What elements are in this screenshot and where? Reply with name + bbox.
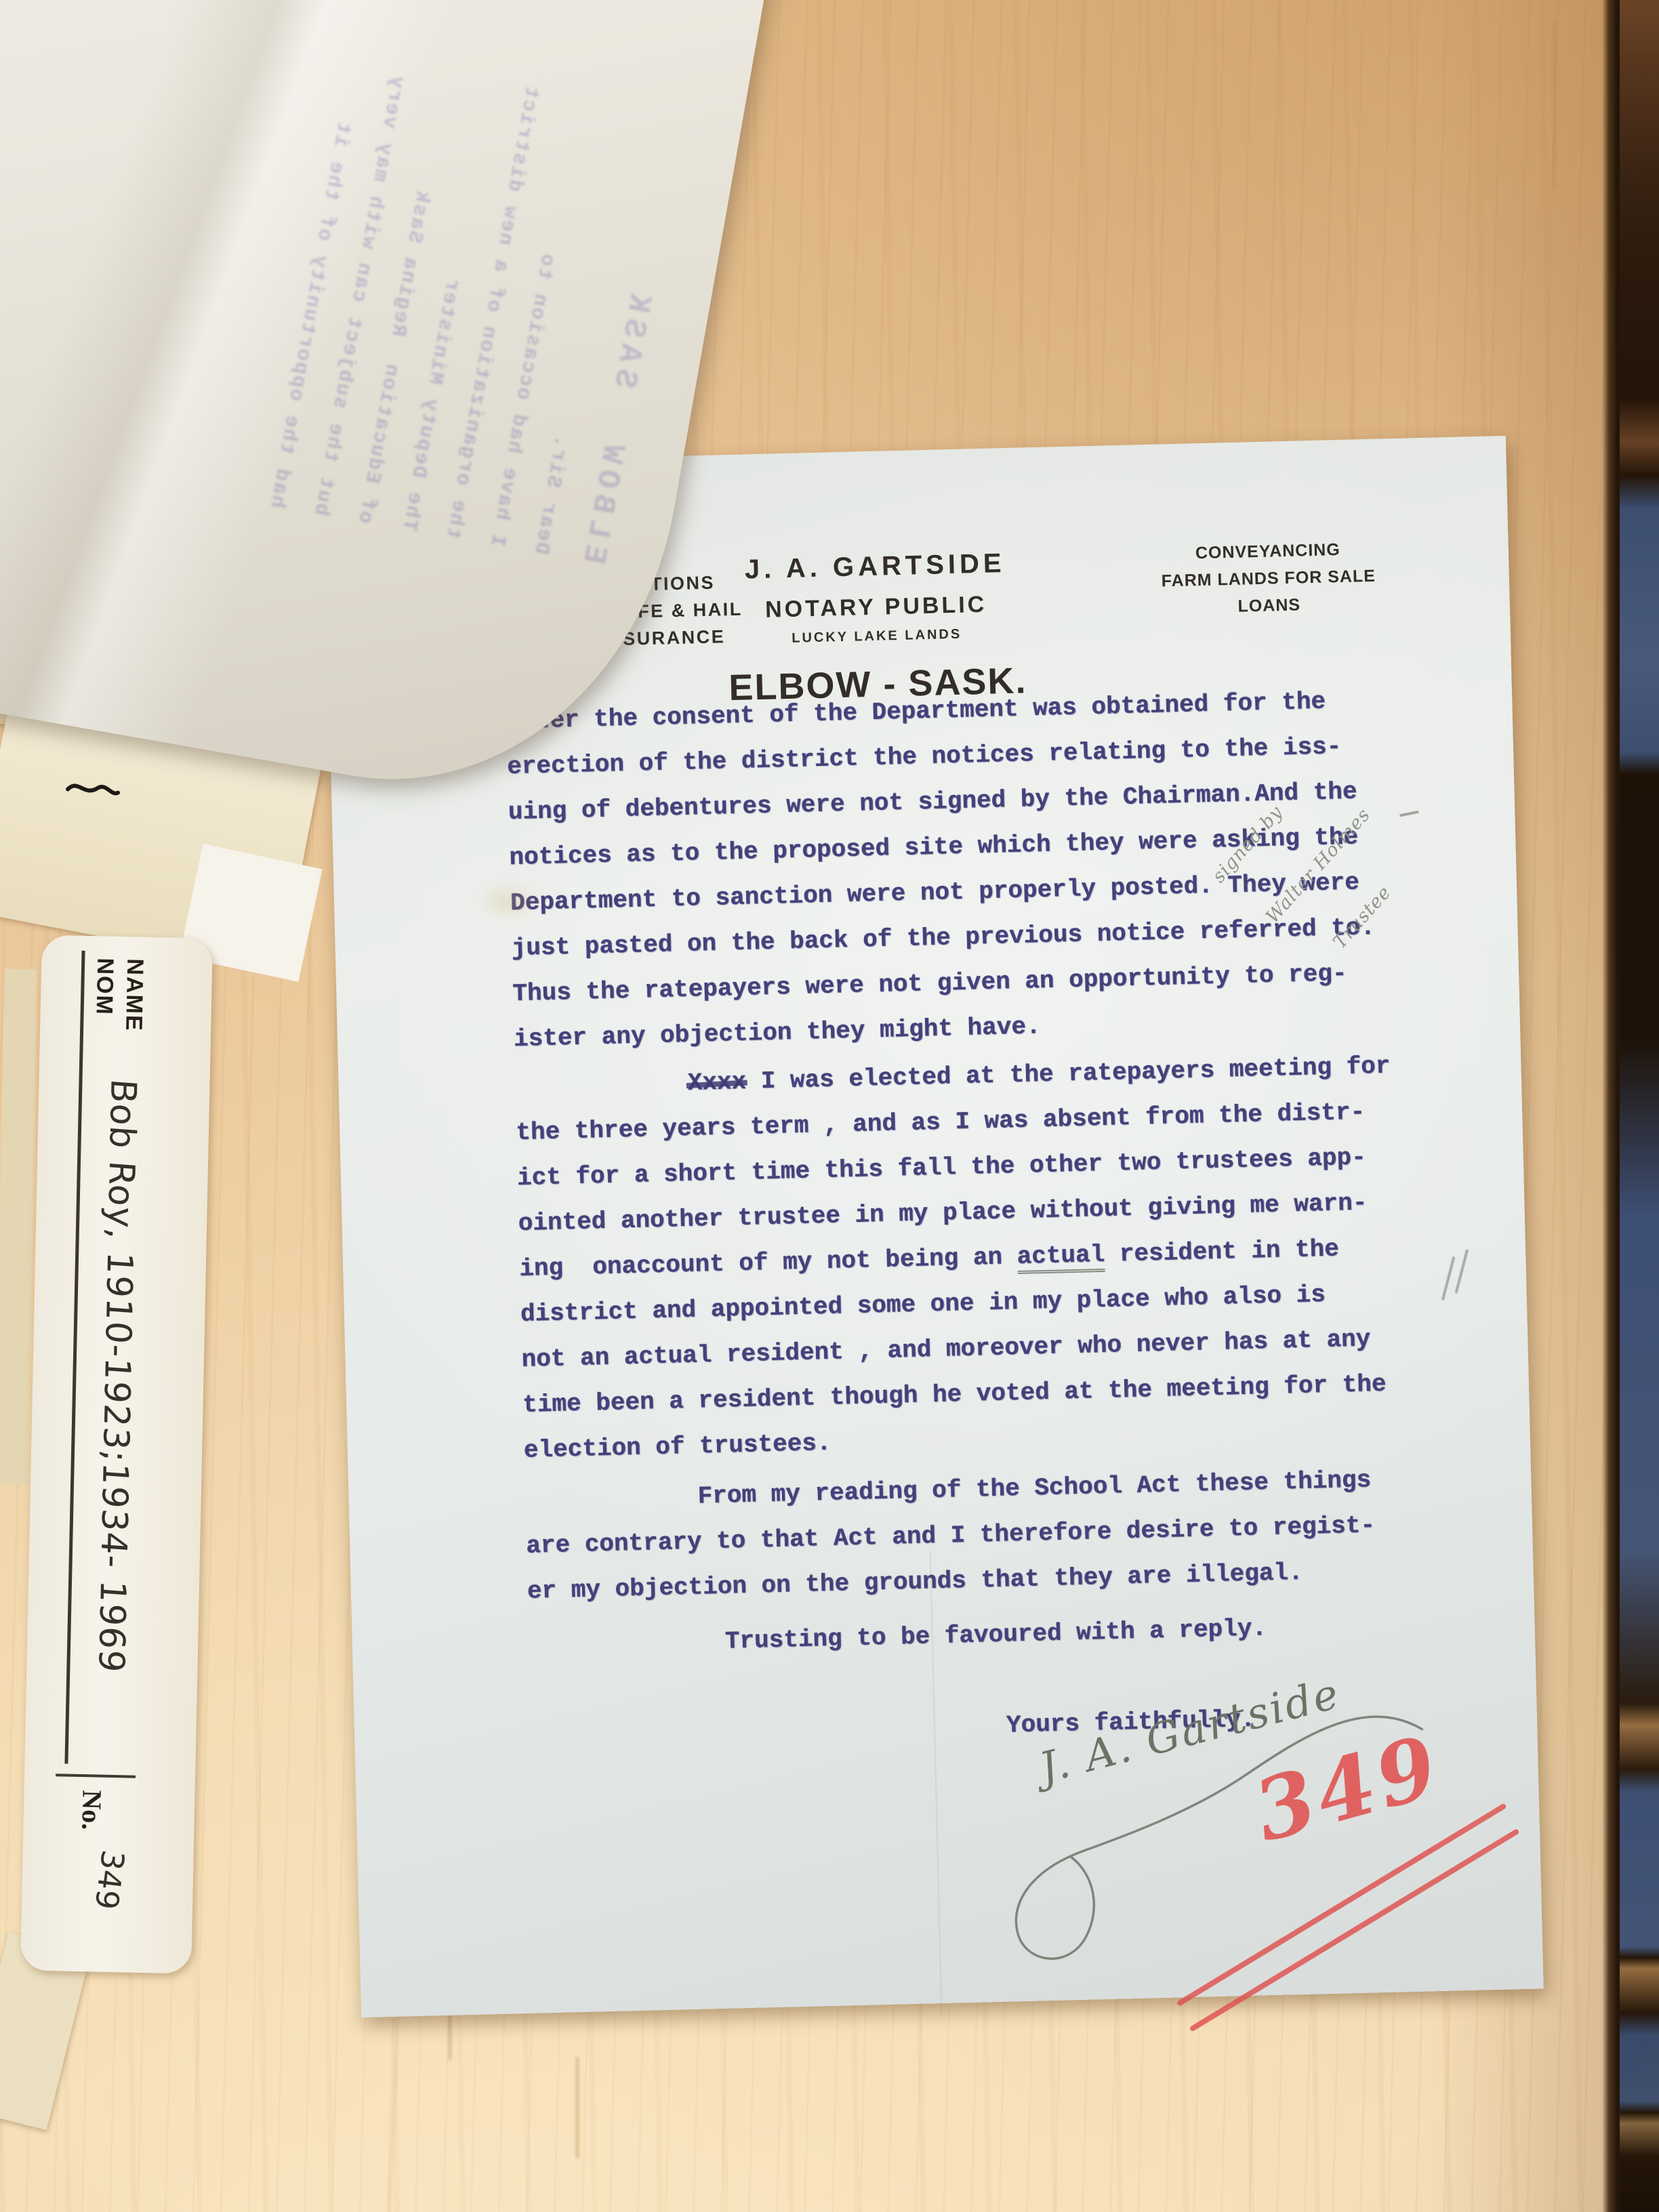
letter-paragraph-3: From my reading of the School Act these … (525, 1455, 1476, 1614)
pencil-underlined-word: actual (1017, 1242, 1105, 1274)
typed-text: I was elected at the ratepayers meeting … (746, 1052, 1391, 1095)
red-double-underline (1142, 1764, 1542, 2045)
typed-text: ing onaccount of my not being an (519, 1243, 1017, 1283)
letterhead-title: NOTARY PUBLIC (726, 590, 1025, 624)
file-folder-tab: NAME NOM Bob Roy, 1910-1923;1934- 1969 N… (20, 935, 213, 1974)
letterhead-name: J. A. GARTSIDE (726, 548, 1025, 586)
letter-paragraph-2: Xxxx I was elected at the ratepayers mee… (514, 1041, 1486, 1473)
tab-number-label: No. (75, 1790, 108, 1830)
tab-ruled-line (64, 951, 85, 1764)
tab-handwritten-number: 349 (88, 1848, 132, 1912)
photo-of-letter-on-desk: NAME NOM Bob Roy, 1910-1923;1934- 1969 N… (0, 0, 1659, 2212)
letterhead-right-line: FARM LANDS FOR SALE (1156, 562, 1380, 595)
chair-and-fabric-behind-desk (1620, 0, 1659, 2212)
folder-tab-contents: NAME NOM Bob Roy, 1910-1923;1934- 1969 N… (20, 935, 213, 1974)
letterhead-subtitle: LUCKY LAKE LANDS (727, 625, 1025, 648)
tab-name-nom-label: NAME NOM (89, 958, 150, 1032)
letterhead-center-block: J. A. GARTSIDE NOTARY PUBLIC LUCKY LAKE … (726, 548, 1027, 709)
bleed-through-ghost-text: ELBOW SASK Dear Sir. I have had occasion… (0, 3, 697, 569)
tab-number-divider (56, 1774, 136, 1778)
letterhead-right-column: CONVEYANCING FARM LANDS FOR SALE LOANS (1155, 535, 1381, 622)
tab-handwritten-name: Bob Roy, 1910-1923;1934- 1969 (90, 1078, 143, 1675)
tab-name-label: NAME (119, 958, 150, 1032)
wood-grain-streak (576, 2057, 579, 2158)
struck-out-word: Xxxx (687, 1068, 746, 1097)
typed-text: resident in the (1105, 1235, 1340, 1268)
tab-nom-label: NOM (89, 958, 120, 1031)
wood-grain-streak (1553, 20, 1556, 190)
letterhead-right-line: LOANS (1157, 590, 1381, 622)
